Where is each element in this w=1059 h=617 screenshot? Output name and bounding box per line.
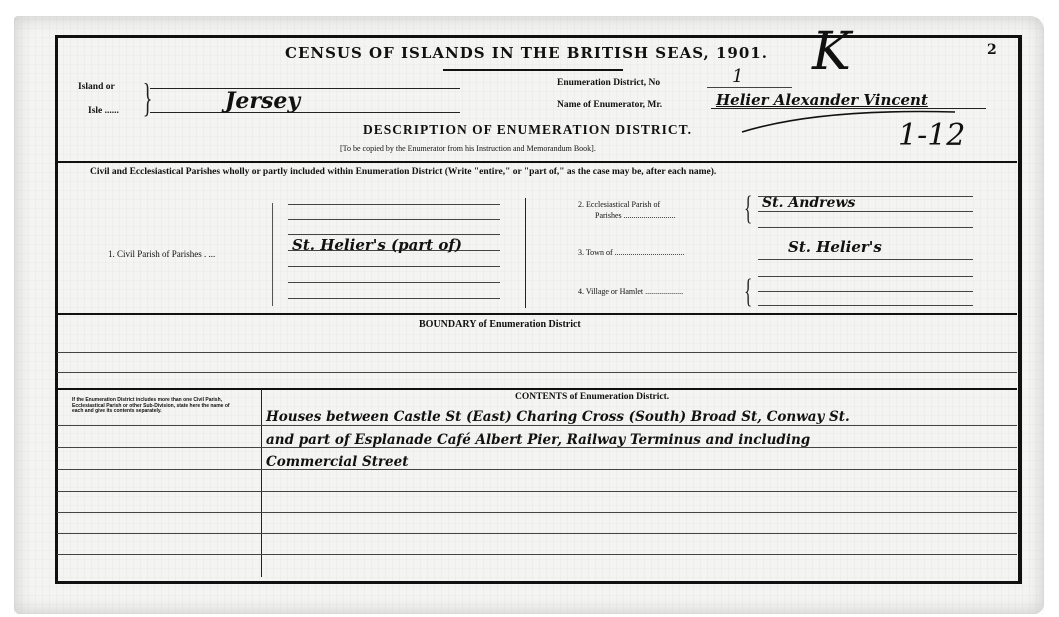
parishes-column-divider xyxy=(525,198,526,308)
enumeration-district-line xyxy=(707,87,792,88)
civil-line-3 xyxy=(288,234,500,235)
contents-line-5 xyxy=(57,512,1017,513)
civil-parish-label: 1. Civil Parish of Parishes . ... xyxy=(108,249,215,259)
eccl-line-2 xyxy=(758,211,973,212)
form-title: CENSUS OF ISLANDS IN THE BRITISH SEAS, 1… xyxy=(285,44,768,62)
civil-line-7 xyxy=(288,298,500,299)
boundary-line-2 xyxy=(57,372,1017,373)
isle-label: Isle ...... xyxy=(88,106,119,116)
boundary-line-1 xyxy=(57,352,1017,353)
title-underline xyxy=(443,69,623,71)
range-mark: 1-12 xyxy=(898,118,965,153)
enumeration-district-value: 1 xyxy=(732,66,743,87)
section-note: [To be copied by the Enumerator from his… xyxy=(340,144,596,153)
contents-line-7 xyxy=(57,554,1017,555)
ecclesiastical-parish-label: 2. Ecclesiastical Parish of xyxy=(578,200,660,209)
eccl-line-3 xyxy=(758,227,973,228)
contents-line-6 xyxy=(57,533,1017,534)
enumeration-district-label: Enumeration District, No xyxy=(557,78,660,88)
village-label: 4. Village or Hamlet ................... xyxy=(578,287,683,296)
contents-column-divider xyxy=(261,389,262,577)
section-title: DESCRIPTION OF ENUMERATION DISTRICT. xyxy=(363,122,692,138)
village-line-1 xyxy=(758,276,973,277)
village-line-3 xyxy=(758,305,973,306)
civil-line-2 xyxy=(288,219,500,220)
civil-parish-bracket xyxy=(272,203,273,306)
contents-heading: CONTENTS of Enumeration District. xyxy=(515,392,669,402)
boundary-heading: BOUNDARY of Enumeration District xyxy=(419,319,581,330)
civil-line-5 xyxy=(288,266,500,267)
town-value: St. Helier's xyxy=(788,238,882,256)
village-brace: { xyxy=(744,275,752,309)
island-line-2 xyxy=(150,112,460,113)
contents-text-line-2: and part of Esplanade Café Albert Pier, … xyxy=(266,432,810,448)
town-line xyxy=(758,259,973,260)
town-label: 3. Town of .............................… xyxy=(578,248,685,257)
island-label: Island or xyxy=(78,82,115,92)
divider-boundary-top xyxy=(57,313,1017,315)
enumerator-label: Name of Enumerator, Mr. xyxy=(557,100,662,110)
village-line-2 xyxy=(758,291,973,292)
island-value: Jersey xyxy=(225,88,300,114)
contents-side-note: If the Enumeration District includes mor… xyxy=(72,398,242,415)
ecclesiastical-brace: { xyxy=(744,192,752,226)
contents-text-line-1: Houses between Castle St (East) Charing … xyxy=(266,409,850,425)
ecclesiastical-parishes-label: Parishes .......................... xyxy=(595,211,676,220)
parishes-heading: Civil and Ecclesiastical Parishes wholly… xyxy=(90,167,716,177)
civil-line-1 xyxy=(288,204,500,205)
civil-parish-value: St. Helier's (part of) xyxy=(292,236,462,254)
divider-parishes-top xyxy=(57,161,1017,163)
contents-line-4 xyxy=(57,491,1017,492)
civil-line-6 xyxy=(288,282,500,283)
contents-line-1 xyxy=(57,425,1017,426)
contents-line-3 xyxy=(57,469,1017,470)
island-line-1 xyxy=(150,88,460,89)
contents-text-line-3: Commercial Street xyxy=(266,454,408,470)
divider-contents-top xyxy=(57,388,1017,390)
ecclesiastical-parish-value: St. Andrews xyxy=(762,195,855,211)
